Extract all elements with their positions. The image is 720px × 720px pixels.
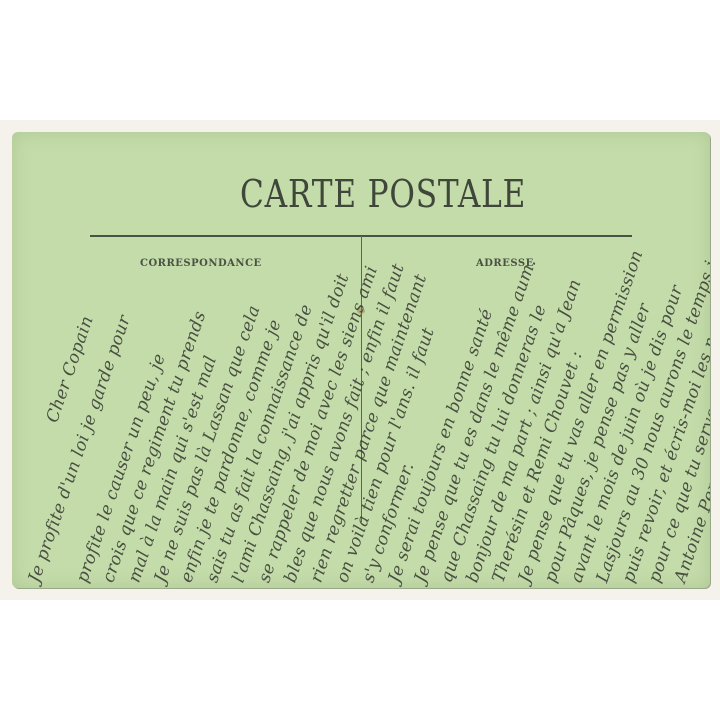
- postcard-title: CARTE POSTALE: [240, 172, 526, 216]
- correspondence-label: CORRESPONDANCE: [140, 258, 262, 269]
- postcard: CARTE POSTALE CORRESPONDANCE ADRESSE Che…: [12, 132, 710, 588]
